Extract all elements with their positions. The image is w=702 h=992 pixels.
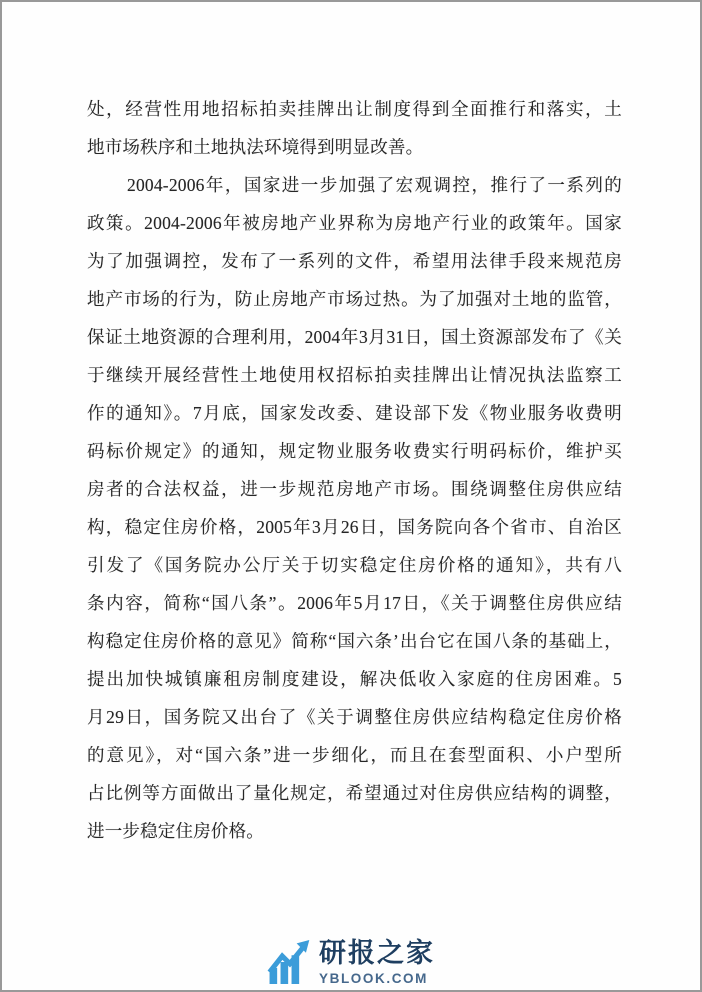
brand-logo: 研报之家 YBLOOK.COM bbox=[267, 938, 435, 986]
text-line: 构稳定住房价格的意见》简称“国六条’出台它在国八条的基础上， bbox=[87, 622, 622, 660]
text-line: 地市场秩序和土地执法环境得到明显改善。 bbox=[87, 128, 622, 166]
text-column: 处，经营性用地招标拍卖挂牌出让制度得到全面推行和落实，土 地市场秩序和土地执法环… bbox=[87, 90, 622, 850]
text-line: 保证土地资源的合理利用，2004年3月31日，国土资源部发布了《关 bbox=[87, 318, 622, 356]
brand-text-block: 研报之家 YBLOOK.COM bbox=[319, 939, 435, 986]
text-line: 提出加快城镇廉租房制度建设，解决低收入家庭的住房困难。5 bbox=[87, 660, 622, 698]
text-line: 2004-2006年，国家进一步加强了宏观调控，推行了一系列的 bbox=[87, 166, 622, 204]
brand-name: 研报之家 bbox=[319, 939, 435, 969]
text-line: 处，经营性用地招标拍卖挂牌出让制度得到全面推行和落实，土 bbox=[87, 90, 622, 128]
text-line: 构，稳定住房价格，2005年3月26日，国务院向各个省市、自治区 bbox=[87, 508, 622, 546]
text-line: 引发了《国务院办公厅关于切实稳定住房价格的通知》，共有八 bbox=[87, 546, 622, 584]
text-line: 的意见》，对“国六条”进一步细化，而且在套型面积、小户型所 bbox=[87, 736, 622, 774]
text-line: 条内容，简称“国八条”。2006年5月17日，《关于调整住房供应结 bbox=[87, 584, 622, 622]
text-line: 房者的合法权益，进一步规范房地产市场。围绕调整住房供应结 bbox=[87, 470, 622, 508]
text-line: 进一步稳定住房价格。 bbox=[87, 812, 622, 850]
text-line: 码标价规定》的通知，规定物业服务收费实行明码标价，维护买 bbox=[87, 432, 622, 470]
text-line: 月29日，国务院又出台了《关于调整住房供应结构稳定住房价格 bbox=[87, 698, 622, 736]
growth-chart-icon bbox=[267, 938, 311, 986]
text-line: 为了加强调控，发布了一系列的文件，希望用法律手段来规范房 bbox=[87, 242, 622, 280]
text-line: 作的通知》。7月底，国家发改委、建设部下发《物业服务收费明 bbox=[87, 394, 622, 432]
document-page: 处，经营性用地招标拍卖挂牌出让制度得到全面推行和落实，土 地市场秩序和土地执法环… bbox=[0, 0, 702, 992]
brand-url: YBLOOK.COM bbox=[319, 971, 435, 986]
text-line: 于继续开展经营性土地使用权招标拍卖挂牌出让情况执法监察工 bbox=[87, 356, 622, 394]
text-line: 政策。2004-2006年被房地产业界称为房地产行业的政策年。国家 bbox=[87, 204, 622, 242]
text-line: 地产市场的行为，防止房地产市场过热。为了加强对土地的监管， bbox=[87, 280, 622, 318]
text-line: 占比例等方面做出了量化规定，希望通过对住房供应结构的调整， bbox=[87, 774, 622, 812]
